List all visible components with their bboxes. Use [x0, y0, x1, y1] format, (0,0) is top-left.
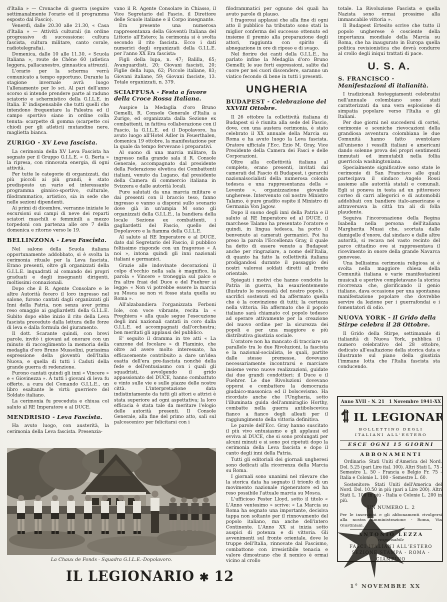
section-header-usa: U. S. A. — [338, 61, 440, 72]
issue-date: 1 Novembre 1941-XX — [389, 399, 441, 404]
paragraph: Al saluto al RE Imperatore e al DUCE, da… — [114, 234, 216, 262]
responsible-role: responsabile — [340, 537, 442, 542]
article-title: - XV Leva fascista. — [38, 139, 98, 146]
paragraph: La cerimonia della XV Leva Fascista ha s… — [7, 149, 109, 171]
paragraph: Per due giorni nel succedersi di cortei,… — [338, 120, 440, 165]
subscription-note: Per le inserzioni e gli abbonamenti rivo… — [340, 512, 442, 527]
article-city: ZURIGO — [7, 139, 36, 146]
paragraph: I giornali sono unanimi nel rilevare che… — [226, 474, 328, 496]
paragraph: Dopo che il R. Agente Consolare e le alt… — [7, 286, 109, 331]
paragraph: Il Budapest Ertesito scrive che tutto il… — [338, 23, 440, 56]
paragraph: Tutti gli editoriali dei giornali ungher… — [226, 457, 328, 474]
paragraph: Specialmente significative sono state le… — [338, 165, 440, 215]
paragraph: Auspice la Medaglia d'oro Bruno Gemelli,… — [114, 105, 216, 150]
paragraph: Spiegati i motivi che hanno condotto la … — [226, 277, 328, 338]
paragraph: Una bellissima cerimonia religiosa si è … — [338, 261, 440, 311]
legionario-masthead-box: Anno XVII - N. 21 1 Novembre 1941-XX IL … — [337, 396, 443, 562]
paragraph: Venerdì, dalle 20.30 alle 21.30, « Casa … — [7, 23, 109, 51]
paragraph: Dopo il suono degli inni della Patria e … — [226, 210, 328, 277]
legionario-subtitle: BOLLETTINO DEGLI ITALIANI ALL'ESTERO — [344, 427, 438, 438]
paragraph: I tradizionali festeggiamenti celebratis… — [338, 92, 440, 120]
paragraph: Al suono di una marcia militare, fa ingr… — [114, 150, 216, 189]
paragraph: I fragorosi applausi che alla fine di og… — [226, 18, 328, 51]
article-heading-nuovayork: NUOVA YORK - Il Grido della Stirpe celeb… — [338, 315, 440, 329]
abbonamenti-title: ABBONAMENTI — [340, 452, 442, 458]
paragraph: Pure salutati da una marcia militare e d… — [114, 189, 216, 234]
paragraph: Furono cantati quindi gli inni « Vincere… — [7, 370, 109, 398]
page-number: 12 — [214, 569, 234, 585]
article-heading-zurigo: ZURIGO - XV Leva fascista. — [7, 139, 109, 146]
section-header-ungheria: UNGHERIA — [226, 84, 328, 95]
column-1: d'Italia » — Cronache di guerra (seguire… — [7, 6, 109, 446]
paragraph: All'alzabandiera l'organizzata Ferboni I… — [114, 302, 216, 335]
issue-number: Anno XVII - N. 21 — [341, 399, 385, 404]
paragraph: La cerimonia fu preceduta e chiusa col s… — [7, 399, 109, 410]
paragraph: Le parole dell'Ecc. Gray hanno suscitato… — [226, 423, 328, 456]
column-4: totale. La Rivoluzione Fascista e quella… — [338, 6, 441, 394]
star-icon: ✱ — [195, 571, 215, 584]
subscription-sostenitore: Sostenitore: Stati Uniti dell'America de… — [340, 482, 442, 503]
article-heading-budapest: BUDAPEST - Celebrazione del XXVIII Ottob… — [226, 98, 328, 112]
article-title: - Leva Fascista. — [52, 413, 102, 420]
paragraph: Il Grido della Stirpe, settimanale di it… — [338, 331, 440, 370]
newspaper-page: d'Italia » — Cronache di guerra (seguire… — [0, 0, 447, 602]
paragraph: d'Italia » — Cronache di guerra (seguire… — [7, 6, 109, 23]
footer-date: 1° NOVEMBRE XX — [350, 583, 445, 595]
paragraph: Era presente una numerosa rappresentanza… — [114, 23, 216, 56]
divider — [350, 529, 432, 530]
legionario-logo-title: IL LEGIONARIO — [354, 410, 444, 424]
article-heading-mendrisio: MENDRISIO - Leva Fascista. — [7, 414, 109, 421]
paragraph: Nel fiorire dei canti della G.I.L.E., ha… — [226, 52, 328, 80]
article-heading-sciaffusa: SCIAFFUSA - Festa a favore della Croce R… — [114, 89, 216, 103]
photo-caption: La Chaux de Fonds - Squadra G.I.L.E.-Dop… — [7, 557, 216, 567]
single-issue-price: UN NUMERO L. 2 — [340, 505, 442, 511]
paragraph: Ha avuto luogo, con austerità, la cerimo… — [7, 423, 109, 434]
frequency-line: ESCE OGNI 15 GIORNI — [340, 440, 442, 450]
column-3: filodrammatici per ognuno dei quali ha a… — [226, 6, 328, 596]
paragraph: Oltre alla collettività italiana al comp… — [226, 159, 328, 209]
subscription-ordinario: Ordinario: Stati Uniti d'America del Nor… — [340, 459, 442, 480]
article-heading-bellinzona: BELLINZONA - Leva Fascista. — [7, 237, 109, 244]
paragraph: Figli della lupa, n. 47; Balilla, 65; Av… — [114, 57, 216, 85]
paragraph: Per tutte le categorie di organizzati, d… — [7, 172, 109, 205]
team-photo — [7, 448, 216, 555]
paragraph: vano il R. Agente Consolare in Chiasso, … — [114, 6, 216, 23]
paragraph: filodrammatici per ognuno dei quali ha a… — [226, 6, 328, 17]
footer-journal-title: IL LEGIONARIO — [66, 569, 195, 585]
fascio-icon — [340, 409, 351, 426]
paragraph: Il dott. Scarante quindi, con brevi paro… — [7, 331, 109, 370]
paragraph: Grazie alle indovinate decorazioni il co… — [114, 263, 216, 302]
paragraph: Domenica, dalle 10 alle 11.30, « Scuola … — [7, 52, 109, 69]
paragraph: L'ufficioso Pester Lloyd, sotto il titol… — [226, 497, 328, 564]
publisher-line-2: SEZIONE STAMPA - ROMA - CIAMPINO — [340, 550, 442, 562]
issue-line: Anno XVII - N. 21 1 Novembre 1941-XX — [340, 399, 442, 407]
paragraph: E' seguito il dramma in tre atti « La ca… — [114, 336, 216, 425]
paragraph: Seguiva l'incoronazione della Regina Isa… — [338, 216, 440, 261]
paragraph: L'oratore non ha mancato di tracciare un… — [226, 339, 328, 422]
paragraph: Il 26 ottobre la collettività italiana d… — [226, 114, 328, 159]
column-2: vano il R. Agente Consolare in Chiasso, … — [114, 6, 216, 446]
paragraph: Nel salone della Scuola italiana opportu… — [7, 247, 109, 286]
paragraph: L'orario per la scherma verrà comunicato… — [7, 69, 109, 136]
article-city: BELLINZONA — [7, 237, 55, 244]
paragraph: totale. La Rivoluzione Fascista e quella… — [338, 6, 440, 23]
paragraph: Ai primi di dicembre, verranno iniziate … — [7, 205, 109, 233]
article-heading-sfrancisco: S. FRANCISCO - Manifestazioni di italian… — [338, 76, 440, 90]
article-city: MENDRISIO — [7, 413, 50, 420]
article-title: - Leva Fascista. — [57, 237, 107, 244]
page-footer: IL LEGIONARIO✱12 — [66, 569, 234, 585]
